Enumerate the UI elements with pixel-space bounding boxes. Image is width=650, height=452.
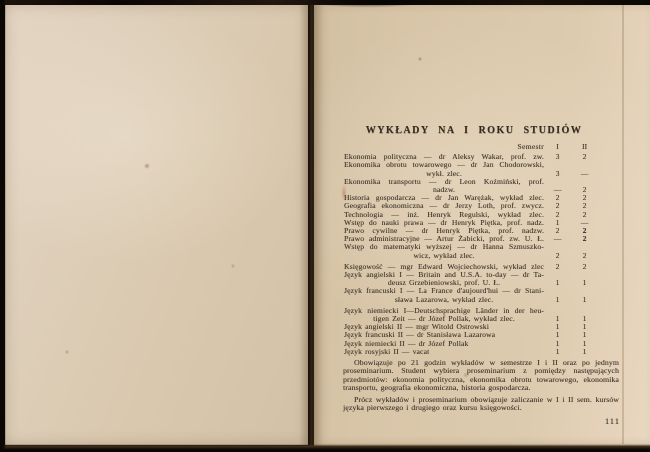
semester-2-hours: 2: [571, 153, 598, 161]
course-table-rows: Ekonomia polityczna — dr Aleksy Wakar, p…: [344, 153, 598, 356]
paragraph: Obowiązuje po 21 godzin wykładów w semes…: [343, 359, 619, 393]
right-page: WYKŁADY NA I ROKU STUDIÓW Semestr I II E…: [314, 3, 650, 446]
semester-1-hours: —: [544, 235, 571, 243]
semester-2-hours: 1: [571, 279, 598, 287]
semester-1-hours: 1: [544, 279, 571, 287]
semester-2-hours: 2: [571, 263, 598, 271]
semester-1-hours: 2: [544, 263, 571, 271]
semester-header-label: Semestr: [344, 143, 544, 151]
semester-1-header: I: [544, 143, 571, 151]
table-row: Język francuski I — La France d'aujourd'…: [344, 287, 598, 303]
course-entry-continuation: wicz, wykład zlec.: [344, 252, 544, 260]
paragraphs: Obowiązuje po 21 godzin wykładów w semes…: [343, 359, 619, 412]
semester-1-hours: 1: [544, 348, 571, 356]
semester-2-hours: 1: [571, 348, 598, 356]
table-row: Ekonomika obrotu towarowego — dr Jan Cho…: [344, 161, 598, 177]
table-row: Język rosyjski II — vacat 1 1: [344, 348, 598, 356]
page-edge-crease: [622, 4, 624, 444]
top-edge-blob: [292, 0, 442, 9]
semester-1-hours: 3: [544, 153, 571, 161]
table-row: Język angielski I — Britain and U.S.A. t…: [344, 271, 598, 287]
semester-2-hours: 2: [571, 235, 598, 243]
course-entry-continuation: sława Lazarowa, wykład zlec.: [344, 296, 544, 304]
bottom-edge-shadow: [0, 444, 650, 452]
course-entry-text: Język rosyjski II — vacat: [344, 348, 544, 356]
semester-1-hours: 2: [544, 252, 571, 260]
page-number: 111: [605, 416, 620, 426]
table-row: Język niemiecki I—Deutschsprachige Lände…: [344, 307, 598, 323]
semester-2-hours: 2: [571, 252, 598, 260]
table-row: Ekonomika transportu — dr Leon Koźmiński…: [344, 178, 598, 194]
table-header-row: Semestr I II: [344, 143, 598, 151]
book-scan: WYKŁADY NA I ROKU STUDIÓW Semestr I II E…: [0, 0, 650, 452]
semester-1-hours: 1: [544, 296, 571, 304]
semester-1-hours: 3: [544, 170, 571, 178]
course-table: Semestr I II Ekonomia polityczna — dr Al…: [344, 143, 598, 356]
page-title: WYKŁADY NA I ROKU STUDIÓW: [324, 125, 624, 136]
table-row: Wstęp do matematyki wyższej — dr Hanna S…: [344, 243, 598, 259]
left-page-blank: [5, 4, 308, 445]
semester-2-hours: —: [571, 170, 598, 178]
semester-2-header: II: [571, 143, 598, 151]
left-edge-shadow: [0, 0, 6, 452]
gutter-crease-line: [310, 2, 312, 448]
semester-2-hours: 1: [571, 296, 598, 304]
paragraph: Prócz wykładów i proseminarium obowiązuj…: [343, 396, 619, 413]
